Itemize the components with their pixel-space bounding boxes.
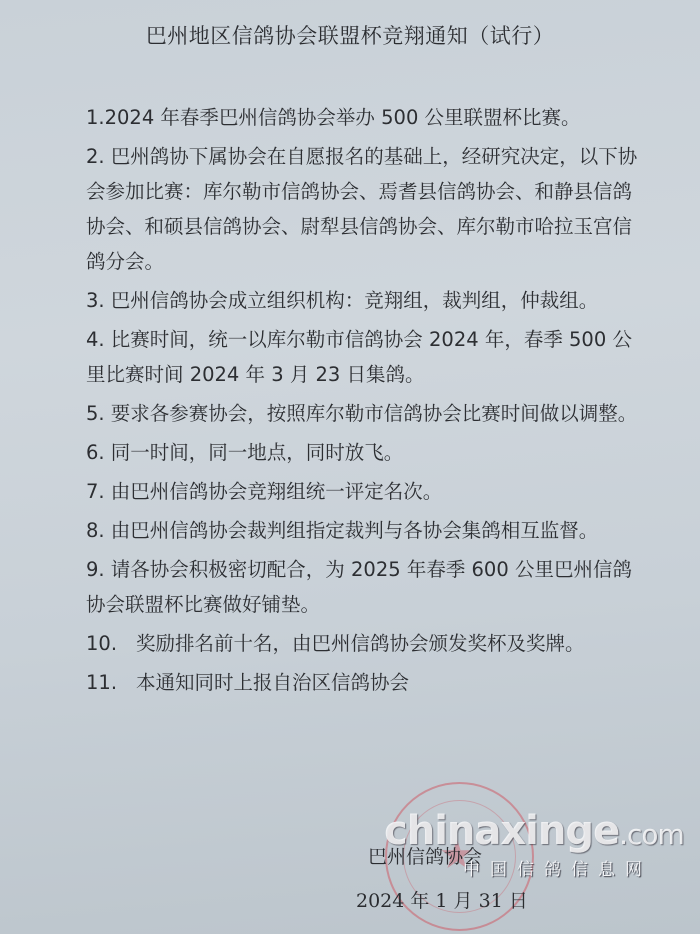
signature-date: 2024 年 1 月 31 日 [356,886,528,913]
document-title: 巴州地区信鸽协会联盟杯竞翔通知（试行） [0,20,700,50]
notice-item-2: 2. 巴州鸽协下属协会在自愿报名的基础上，经研究决定，以下协会参加比赛：库尔勒市… [86,139,646,279]
notice-document: 巴州地区信鸽协会联盟杯竞翔通知（试行） 1.2024 年春季巴州信鸽协会举办 5… [0,0,700,934]
notice-item-5: 5. 要求各参赛协会，按照库尔勒市信鸽协会比赛时间做以调整。 [86,396,646,431]
notice-item-9: 9. 请各协会积极密切配合，为 2025 年春季 600 公里巴州信鸽协会联盟杯… [86,552,646,622]
notice-items: 1.2024 年春季巴州信鸽协会举办 500 公里联盟杯比赛。 2. 巴州鸽协下… [86,100,646,704]
notice-item-8: 8. 由巴州信鸽协会裁判组指定裁判与各协会集鸽相互监督。 [86,513,646,548]
notice-item-1: 1.2024 年春季巴州信鸽协会举办 500 公里联盟杯比赛。 [86,100,646,135]
watermark-chinese: 中国信鸽信息网 [463,855,652,880]
notice-item-3: 3. 巴州信鸽协会成立组织机构：竞翔组，裁判组，仲裁组。 [86,283,646,318]
notice-item-6: 6. 同一时间，同一地点，同时放飞。 [86,435,646,470]
watermark-site: chinaxinge.com [384,808,684,854]
notice-item-10: 10.奖励排名前十名，由巴州信鸽协会颁发奖杯及奖牌。 [86,626,646,661]
notice-item-4: 4. 比赛时间，统一以库尔勒市信鸽协会 2024 年，春季 500 公里比赛时间… [86,322,646,392]
notice-item-7: 7. 由巴州信鸽协会竞翔组统一评定名次。 [86,474,646,509]
notice-item-11: 11.本通知同时上报自治区信鸽协会 [86,665,646,700]
